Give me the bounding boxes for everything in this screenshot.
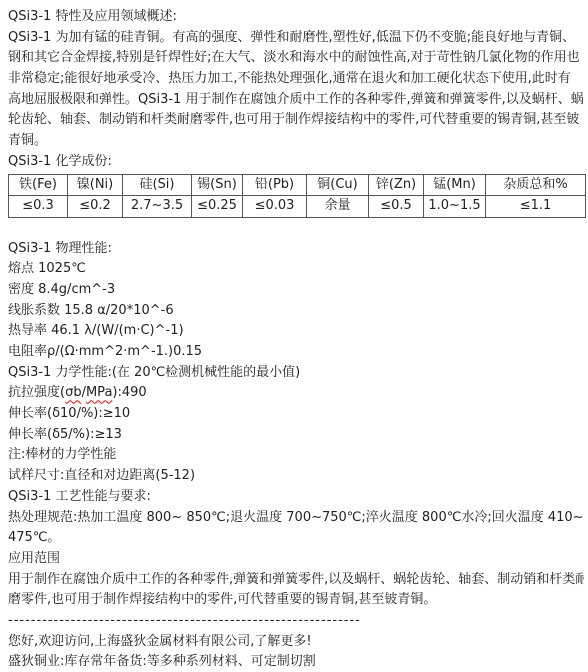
document-page: QSi3-1 特性及应用领域概述: QSi3-1 为加有锰的硅青铜。有高的强度、… bbox=[0, 0, 588, 672]
chemistry-value-cell: ≤1.1 bbox=[486, 196, 586, 218]
physical-property-melting-point: 熔点 1025℃ bbox=[8, 259, 584, 280]
mechanical-note-line: 注:棒材的力学性能 bbox=[8, 445, 584, 466]
application-heading: 应用范围 bbox=[8, 549, 584, 570]
chemistry-header-cell: 铁(Fe) bbox=[9, 174, 68, 196]
dashed-separator: ----------------------------------------… bbox=[8, 611, 584, 632]
physical-property-conductivity: 热导率 46.1 λ/(W/(m·C)^-1) bbox=[8, 321, 584, 342]
tensile-sigma-spellcheck: σb bbox=[65, 385, 82, 400]
chemistry-header-cell: 镍(Ni) bbox=[68, 174, 123, 196]
chemistry-header-cell: 铅(Pb) bbox=[243, 174, 307, 196]
chemistry-table-header-row: 铁(Fe) 镍(Ni) 硅(Si) 锡(Sn) 铅(Pb) 铜(Cu) 锌(Zn… bbox=[9, 174, 586, 196]
chemistry-value-cell: ≤0.25 bbox=[192, 196, 243, 218]
chemistry-value-cell: 2.7~3.5 bbox=[123, 196, 192, 218]
chemistry-value-cell: ≤0.03 bbox=[243, 196, 307, 218]
chemistry-header-cell: 杂质总和% bbox=[486, 174, 586, 196]
chemistry-value-cell: 余量 bbox=[307, 196, 369, 218]
intro-paragraph-line: 青铜。 bbox=[8, 131, 584, 152]
chemistry-header-cell: 锌(Zn) bbox=[369, 174, 424, 196]
chemistry-value-cell: 1.0~1.5 bbox=[424, 196, 486, 218]
footer-greeting: 您好,欢迎访问,上海盛狄金属材料有限公司,了解更多! bbox=[8, 632, 584, 653]
process-body-line: 热处理规范:热加工温度 800~ 850℃;退火温度 700~750℃;淬火温度… bbox=[8, 508, 584, 529]
process-body-line: 475℃。 bbox=[8, 528, 584, 549]
tensile-prefix: 抗拉强度( bbox=[8, 385, 65, 400]
chemistry-header-cell: 锡(Sn) bbox=[192, 174, 243, 196]
process-heading: QSi3-1 工艺性能与要求: bbox=[8, 487, 584, 508]
application-body-line: 用于制作在腐蚀介质中工作的各种零件,弹簧和弹簧零件,以及蜗杆、蜗轮齿轮、轴套、制… bbox=[8, 570, 584, 591]
intro-paragraph-line: 轮齿轮、轴套、制动销和杆类耐磨零件,也可用于制作焊接结构中的零件,可代替重要的锡… bbox=[8, 110, 584, 131]
tensile-value: ):490 bbox=[112, 385, 146, 400]
blank-line bbox=[8, 218, 584, 239]
chemistry-value-cell: ≤0.5 bbox=[369, 196, 424, 218]
chemistry-header-cell: 锰(Mn) bbox=[424, 174, 486, 196]
intro-paragraph-line: 高地屈服极限和弹性。QSi3-1 用于制作在腐蚀介质中工作的各种零件,弹簧和弹簧… bbox=[8, 90, 584, 111]
chemistry-header-cell: 硅(Si) bbox=[123, 174, 192, 196]
intro-paragraph-line: 钢和其它合金焊接,特别是钎焊性好;在大气、淡水和海水中的耐蚀性高,对于苛性钠几氯… bbox=[8, 48, 584, 69]
chemistry-header-cell: 铜(Cu) bbox=[307, 174, 369, 196]
chemistry-value-cell: ≤0.3 bbox=[9, 196, 68, 218]
intro-paragraph-line: QSi3-1 为加有锰的硅青铜。有高的强度、弹性和耐磨性,塑性好,低温下仍不变脆… bbox=[8, 28, 584, 49]
tensile-unit-spellcheck: MPa bbox=[86, 385, 112, 400]
chemistry-table-value-row: ≤0.3 ≤0.2 2.7~3.5 ≤0.25 ≤0.03 余量 ≤0.5 1.… bbox=[9, 196, 586, 218]
elongation-d5-line: 伸长率(δ5/%):≥13 bbox=[8, 425, 584, 446]
chemistry-table: 铁(Fe) 镍(Ni) 硅(Si) 锡(Sn) 铅(Pb) 铜(Cu) 锌(Zn… bbox=[8, 174, 586, 218]
footer-stock-info: 盛狄铜业:库存常年备货:等多种系列材料、可定制切割 bbox=[8, 652, 584, 672]
application-body-line: 磨零件,也可用于制作焊接结构中的零件,可代替重要的锡青铜,甚至铍青铜。 bbox=[8, 590, 584, 611]
chemistry-value-cell: ≤0.2 bbox=[68, 196, 123, 218]
elongation-d10-line: 伸长率(δ10/%):≥10 bbox=[8, 404, 584, 425]
mechanical-heading: QSi3-1 力学性能:(在 20℃检测机械性能的最小值) bbox=[8, 363, 584, 384]
physical-heading: QSi3-1 物理性能: bbox=[8, 239, 584, 260]
physical-property-expansion: 线胀系数 15.8 α/20*10^-6 bbox=[8, 301, 584, 322]
intro-paragraph-line: 非常稳定;能很好地承受冷、热压力加工,不能热处理强化,通常在退火和加工硬化状态下… bbox=[8, 69, 584, 90]
physical-property-resistivity: 电阻率ρ/(Ω·mm^2·m^-1.)0.15 bbox=[8, 342, 584, 363]
chemistry-heading: QSi3-1 化学成份: bbox=[8, 152, 584, 173]
intro-heading: QSi3-1 特性及应用领域概述: bbox=[8, 7, 584, 28]
physical-property-density: 密度 8.4g/cm^-3 bbox=[8, 280, 584, 301]
sample-size-line: 试样尺寸:直径和对边距离(5-12) bbox=[8, 466, 584, 487]
tensile-strength-line: 抗拉强度(σb/MPa):490 bbox=[8, 383, 584, 404]
